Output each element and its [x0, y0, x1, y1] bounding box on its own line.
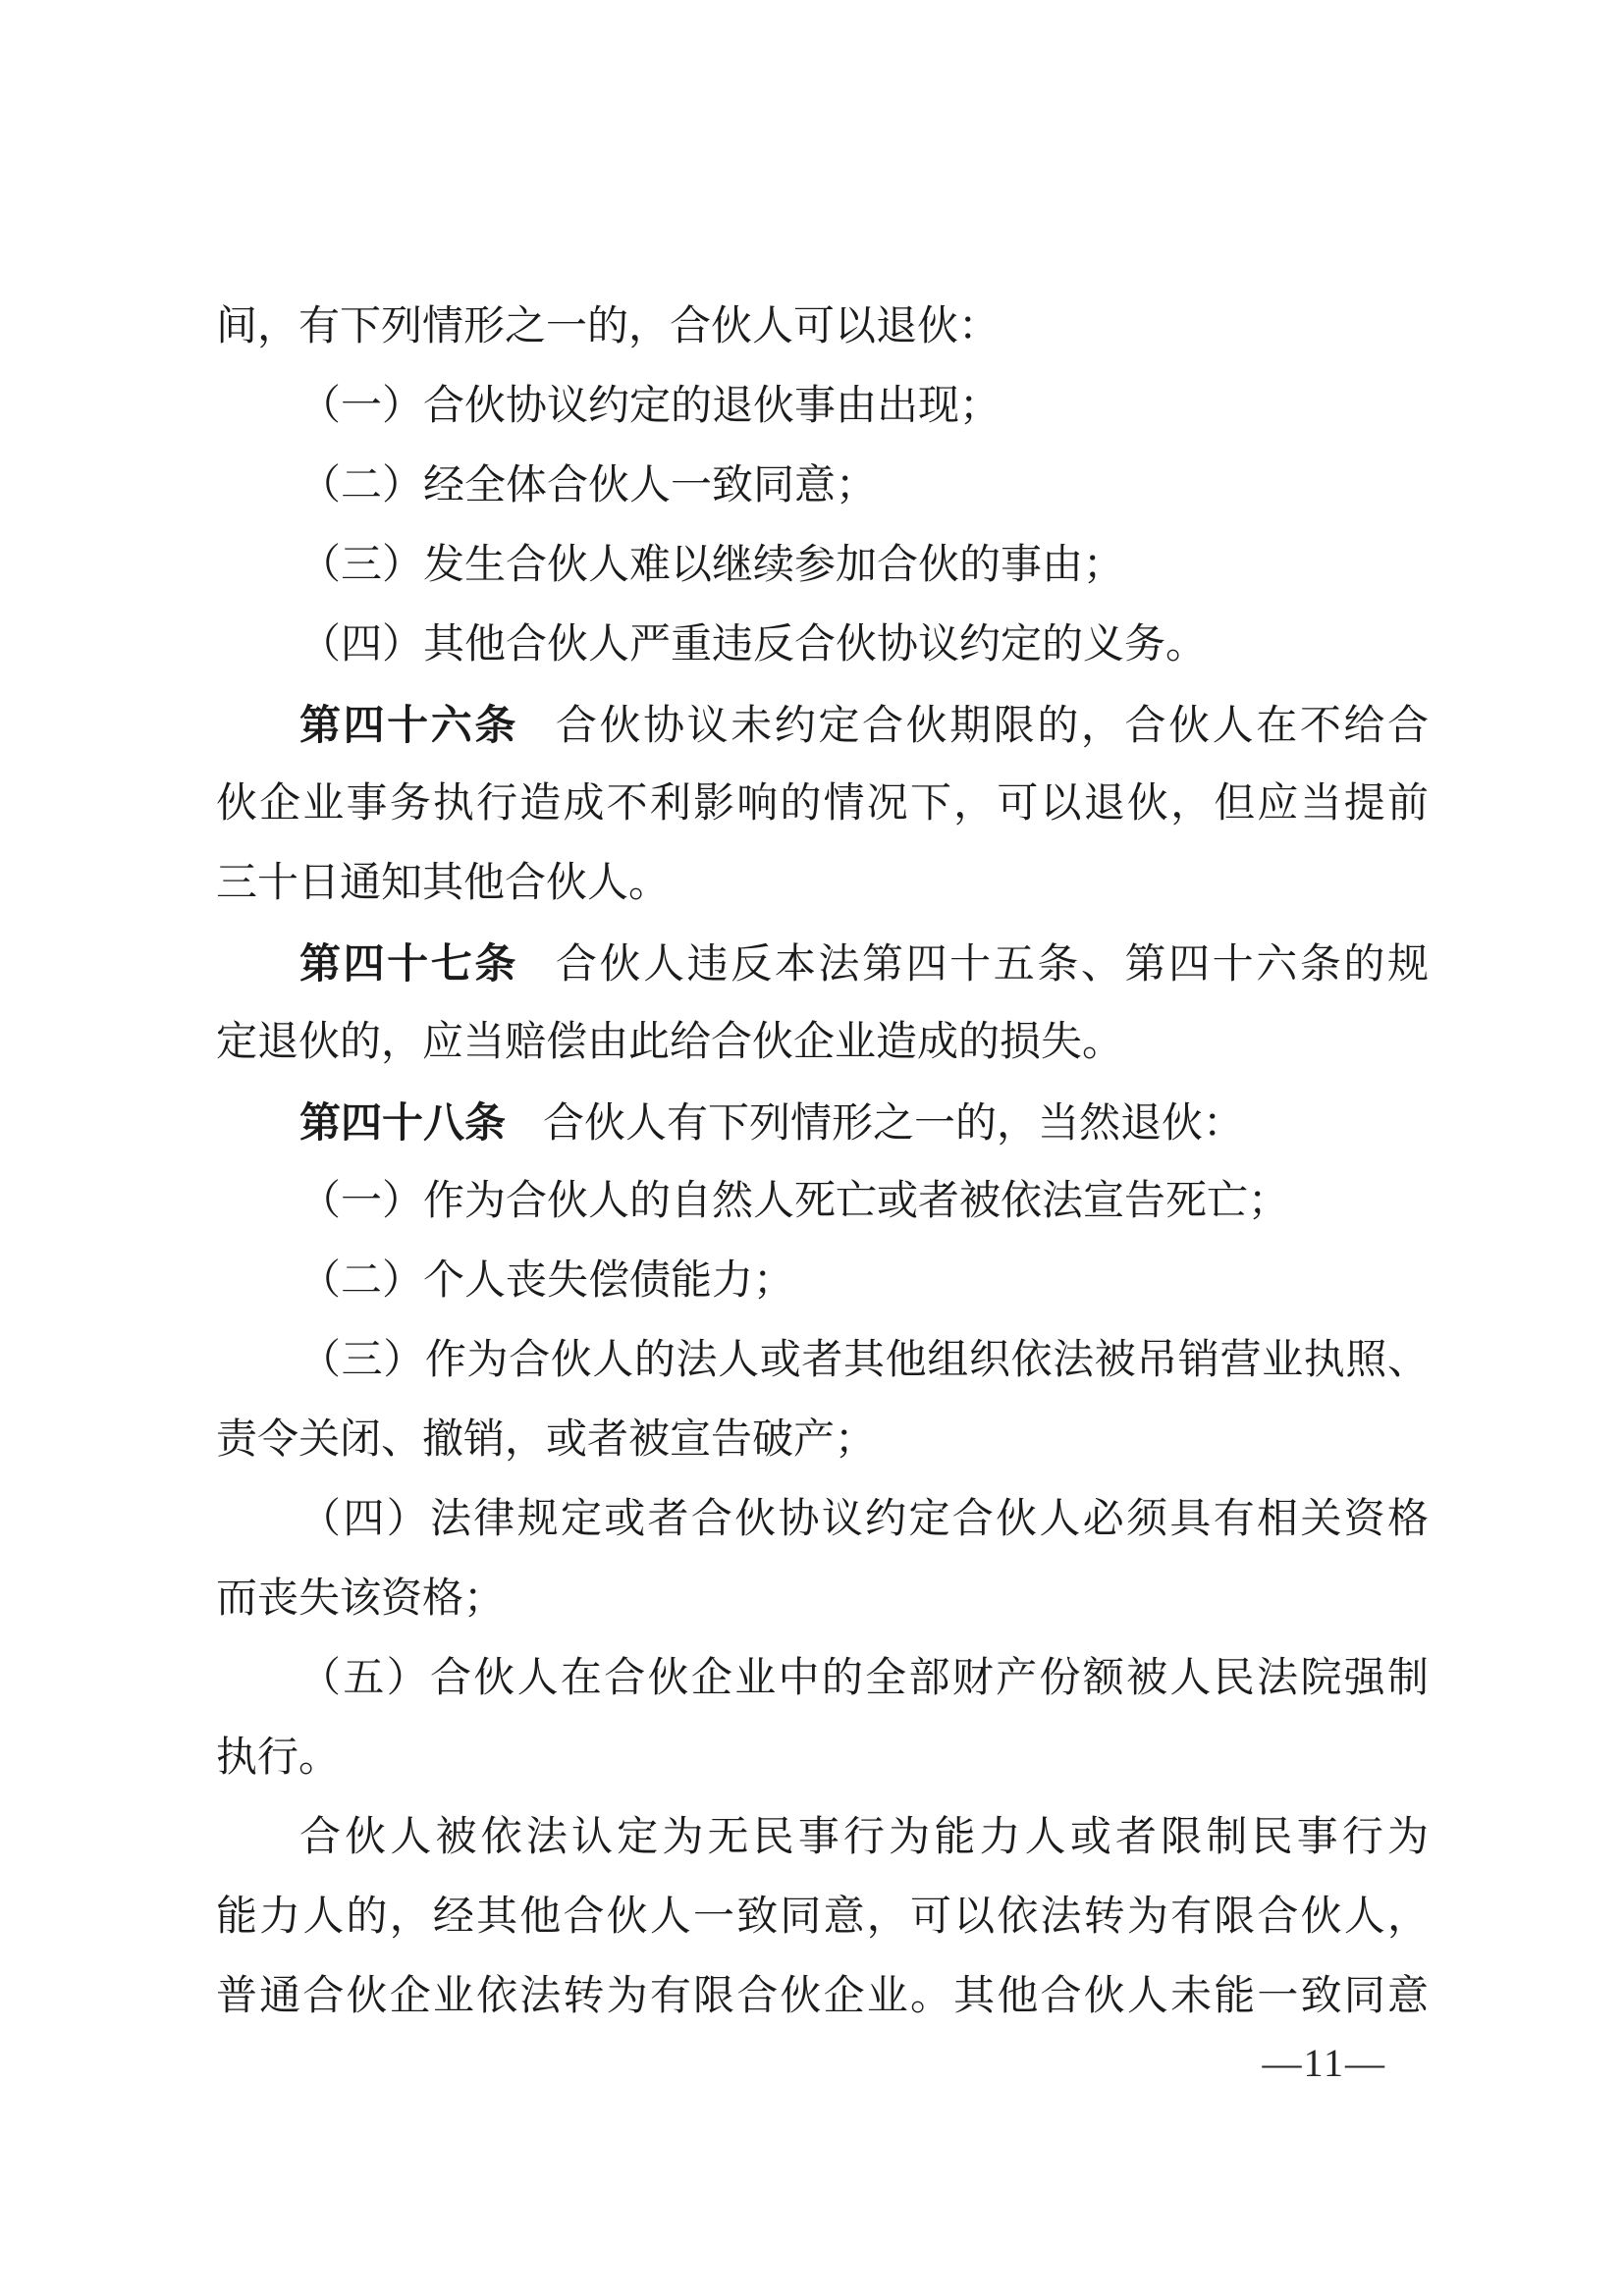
- line-text: （五）合伙人在合伙企业中的全部财产份额被人民法院强制: [299, 1656, 1429, 1701]
- text-line: 普通合伙企业依法转为有限合伙企业。其他合伙人未能一致同意: [216, 1957, 1429, 2037]
- text-line: （二）个人丧失偿债能力；: [216, 1242, 1429, 1321]
- text-line: （二）经全体合伙人一致同意；: [216, 447, 1429, 526]
- line-text: 合伙人有下列情形之一的，当然退伙：: [543, 1101, 1244, 1147]
- text-line: 间，有下列情形之一的，合伙人可以退伙：: [216, 288, 1429, 367]
- text-line: 能力人的，经其他合伙人一致同意，可以依法转为有限合伙人，: [216, 1878, 1429, 1957]
- text-line: （一）合伙协议约定的退伙事由出现；: [216, 367, 1429, 447]
- line-text: （四）其他合伙人严重违反合伙协议约定的义务。: [299, 622, 1207, 667]
- text-line: 伙企业事务执行造成不利影响的情况下，可以退伙，但应当提前: [216, 765, 1429, 844]
- line-text: 间，有下列情形之一的，合伙人可以退伙：: [216, 304, 1000, 349]
- line-text: （三）作为合伙人的法人或者其他组织依法被吊销营业执照、: [299, 1338, 1429, 1383]
- article-number-heading: 第四十七条: [299, 940, 518, 987]
- line-text: 而丧失该资格；: [216, 1576, 505, 1622]
- line-text: 合伙人被依法认定为无民事行为能力人或者限制民事行为: [299, 1815, 1429, 1860]
- line-text: 普通合伙企业依法转为有限合伙企业。其他合伙人未能一致同意: [216, 1974, 1429, 2019]
- text-line: 第四十七条合伙人违反本法第四十五条、第四十六条的规: [216, 924, 1429, 1003]
- article-number-heading: 第四十六条: [299, 702, 518, 748]
- text-line: 第四十六条合伙协议未约定合伙期限的，合伙人在不给合: [216, 685, 1429, 765]
- text-line: （四）法律规定或者合伙协议约定合伙人必须具有相关资格: [216, 1480, 1429, 1560]
- text-line: 责令关闭、撤销，或者被宣告破产；: [216, 1401, 1429, 1480]
- text-line: 合伙人被依法认定为无民事行为能力人或者限制民事行为: [216, 1798, 1429, 1878]
- line-text: （四）法律规定或者合伙协议约定合伙人必须具有相关资格: [299, 1497, 1429, 1542]
- text-line: （四）其他合伙人严重违反合伙协议约定的义务。: [216, 606, 1429, 685]
- line-text: 合伙人违反本法第四十五条、第四十六条的规: [556, 942, 1429, 988]
- line-text: 三十日通知其他合伙人。: [216, 861, 670, 906]
- text-line: 而丧失该资格；: [216, 1560, 1429, 1639]
- text-line: 定退伙的，应当赔偿由此给合伙企业造成的损失。: [216, 1003, 1429, 1083]
- line-text: （一）合伙协议约定的退伙事由出现；: [299, 384, 1001, 429]
- line-text: 伙企业事务执行造成不利影响的情况下，可以退伙，但应当提前: [216, 781, 1429, 827]
- text-line: 第四十八条合伙人有下列情形之一的，当然退伙：: [216, 1083, 1429, 1162]
- document-page: 间，有下列情形之一的，合伙人可以退伙： （一）合伙协议约定的退伙事由出现； （二…: [0, 0, 1624, 2296]
- line-text: 合伙协议未约定合伙期限的，合伙人在不给合: [556, 704, 1429, 749]
- line-text: 责令关闭、撤销，或者被宣告破产；: [216, 1417, 876, 1463]
- text-line: （五）合伙人在合伙企业中的全部财产份额被人民法院强制: [216, 1639, 1429, 1719]
- text-line: （三）发生合伙人难以继续参加合伙的事由；: [216, 526, 1429, 606]
- text-line: （一）作为合伙人的自然人死亡或者被依法宣告死亡；: [216, 1162, 1429, 1242]
- text-line: 三十日通知其他合伙人。: [216, 844, 1429, 924]
- text-line: （三）作为合伙人的法人或者其他组织依法被吊销营业执照、: [216, 1321, 1429, 1401]
- line-text: （二）经全体合伙人一致同意；: [299, 463, 877, 508]
- line-text: 执行。: [216, 1735, 340, 1781]
- line-text: 能力人的，经其他合伙人一致同意，可以依法转为有限合伙人，: [216, 1895, 1429, 1940]
- line-text: 定退伙的，应当赔偿由此给合伙企业造成的损失。: [216, 1020, 1123, 1065]
- text-line: 执行。: [216, 1719, 1429, 1798]
- line-text: （一）作为合伙人的自然人死亡或者被依法宣告死亡；: [299, 1179, 1289, 1224]
- page-number: —11—: [1262, 2034, 1386, 2093]
- line-text: （二）个人丧失偿债能力；: [299, 1258, 794, 1304]
- article-number-heading: 第四十八条: [299, 1099, 506, 1146]
- document-body: 间，有下列情形之一的，合伙人可以退伙： （一）合伙协议约定的退伙事由出现； （二…: [216, 288, 1429, 2037]
- line-text: （三）发生合伙人难以继续参加合伙的事由；: [299, 543, 1124, 588]
